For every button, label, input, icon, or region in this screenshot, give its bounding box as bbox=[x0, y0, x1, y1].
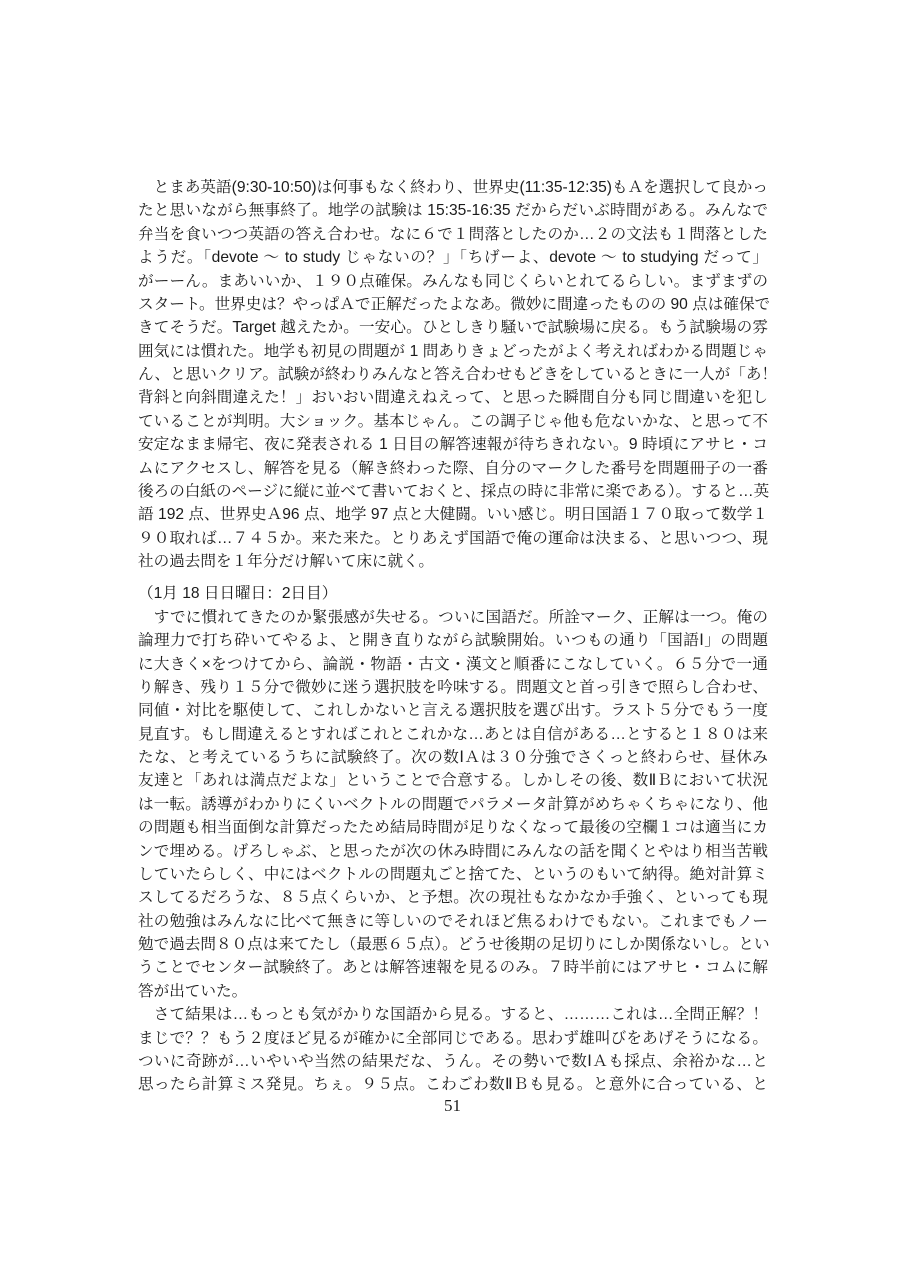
text-line: 思ったら計算ミス発見。ちぇ。９５点。こわごわ数ⅡＢも見る。と意外に合っている、と bbox=[138, 1073, 768, 1096]
text-line: がーーん。まあいいか、１９０点確保。みんなも同じくらいとれてるらしい。まずまずの bbox=[138, 270, 768, 293]
text-line: 友達と「あれは満点だよな」ということで合意する。しかしその後、数ⅡＢにおいて状況 bbox=[138, 769, 768, 792]
text-line: たと思いながら無事終了。地学の試験は 15:35-16:35 だからだいぶ時間が… bbox=[138, 199, 768, 222]
text-line: 社の勉強はみんなに比べて無きに等しいのでそれほど焦るわけでもない。これまでもノー bbox=[138, 910, 768, 933]
text-line: ムにアクセスし、解答を見る（解き終わった際、自分のマークした番号を問題冊子の一番 bbox=[138, 457, 768, 480]
text-line: 囲気には慣れた。地学も初見の問題が 1 問ありきょどったがよく考えればわかる問題… bbox=[138, 340, 768, 363]
text-line: ンで埋める。げろしゃぶ、と思ったが次の休み時間にみんなの話を聞くとやはり相当苦戦 bbox=[138, 840, 768, 863]
text-line: ていることが判明。大ショック。基本じゃん。この調子じゃ他も危ないかな、と思って不 bbox=[138, 410, 768, 433]
text-line: 論理力で打ち砕いてやるよ、と開き直りながら試験開始。いつもの通り「国語Ⅰ」の問題 bbox=[138, 629, 768, 652]
heading-line: （1月 18 日日曜日：2日目） bbox=[138, 582, 768, 605]
text-line: 弁当を食いつつ英語の答え合わせ。なに６で１問落としたのか…２の文法も１問落とした bbox=[138, 223, 768, 246]
page-number: 51 bbox=[0, 1096, 905, 1116]
text-line: していたらしく、中にはベクトルの問題丸ごと捨てた、というのもいて納得。絶対計算ミ bbox=[138, 863, 768, 886]
text-line: 答が出ていた。 bbox=[138, 980, 768, 1003]
text-line: 社の過去問を１年分だけ解いて床に就く。 bbox=[138, 550, 768, 573]
text-line: うことでセンター試験終了。あとは解答速報を見るのみ。７時半前にはアサヒ・コムに解 bbox=[138, 956, 768, 979]
text-line: さて結果は…もっとも気がかりな国語から見る。すると、………これは…全問正解？！ bbox=[138, 1003, 768, 1026]
paragraph: すでに慣れてきたのか緊張感が失せる。ついに国語だ。所詮マーク、正解は一つ。俺の論… bbox=[138, 606, 768, 1003]
text-line: とまあ英語(9:30-10:50)は何事もなく終わり、世界史(11:35-12:… bbox=[138, 176, 768, 199]
text-line: 見直す。もし間違えるとすればこれとこれかな…あとは自信がある…とすると１８０は来 bbox=[138, 723, 768, 746]
text-line: スタート。世界史は？やっぱＡで正解だったよなあ。微妙に間違ったものの 90 点は… bbox=[138, 293, 768, 316]
text-line: に大きく×をつけてから、論説・物語・古文・漢文と順番にこなしていく。６５分で一通 bbox=[138, 653, 768, 676]
text-line: 同値・対比を駆使して、これしかないと言える選択肢を選び出す。ラスト５分でもう一度 bbox=[138, 699, 768, 722]
text-line: 後ろの白紙のページに縦に並べて書いておくと、採点の時に非常に楽である）。すると…… bbox=[138, 480, 768, 503]
text-line: 勉で過去問８０点は来てたし（最悪６５点）。どうせ後期の足切りにしか関係ないし。と… bbox=[138, 933, 768, 956]
text-line: り解き、残り１５分で微妙に迷う選択肢を吟味する。問題文と首っ引きで照らし合わせ、 bbox=[138, 676, 768, 699]
text-line: スしてるだろうな、８５点くらいか、と予想。次の現社もなかなか手強く、といっても現 bbox=[138, 886, 768, 909]
text-line: 語 192 点、世界史Ａ96 点、地学 97 点と大健闘。いい感じ。明日国語１７… bbox=[138, 503, 768, 526]
text-line: ん、と思いクリア。試験が終わりみんなと答え合わせもどきをしているときに一人が「あ… bbox=[138, 363, 768, 386]
text-line: すでに慣れてきたのか緊張感が失せる。ついに国語だ。所詮マーク、正解は一つ。俺の bbox=[138, 606, 768, 629]
date-heading: （1月 18 日日曜日：2日目） bbox=[138, 582, 768, 605]
text-line: きてそうだ。Target 越えたか。一安心。ひとしきり騒いで試験場に戻る。もう試… bbox=[138, 316, 768, 339]
text-line: の問題も相当面倒な計算だったため結局時間が足りなくなって最後の空欄１コは適当にカ bbox=[138, 816, 768, 839]
text-line: は一転。誘導がわかりにくいベクトルの問題でパラメータ計算がめちゃくちゃになり、他 bbox=[138, 793, 768, 816]
text-line: たな、と考えているうちに試験終了。次の数ⅠＡは３０分強でさくっと終わらせ、昼休み bbox=[138, 746, 768, 769]
text-line: ９０取れば…７４５か。来た来た。とりあえず国語で俺の運命は決まる、と思いつつ、現 bbox=[138, 527, 768, 550]
text-line: 安定なまま帰宅、夜に発表される 1 日目の解答速報が待ちきれない。9 時頃にアサ… bbox=[138, 433, 768, 456]
text-line: 背斜と向斜間違えた！」おいおい間違えねえって、と思った瞬間自分も同じ間違いを犯し bbox=[138, 386, 768, 409]
paragraph: とまあ英語(9:30-10:50)は何事もなく終わり、世界史(11:35-12:… bbox=[138, 176, 768, 573]
paragraph: さて結果は…もっとも気がかりな国語から見る。すると、………これは…全問正解？！ま… bbox=[138, 1003, 768, 1097]
page-body: とまあ英語(9:30-10:50)は何事もなく終わり、世界史(11:35-12:… bbox=[138, 176, 768, 1097]
text-line: まじで？？もう２度ほど見るが確かに全部同じである。思わず雄叫びをあげそうになる。 bbox=[138, 1027, 768, 1050]
text-line: ようだ。「devote ～ to study じゃないの？」「ちげーよ、devo… bbox=[138, 246, 768, 269]
document-page: とまあ英語(9:30-10:50)は何事もなく終わり、世界史(11:35-12:… bbox=[0, 0, 905, 1280]
text-line: ついに奇跡が…いやいや当然の結果だな、うん。その勢いで数ⅠＡも採点、余裕かな…と bbox=[138, 1050, 768, 1073]
